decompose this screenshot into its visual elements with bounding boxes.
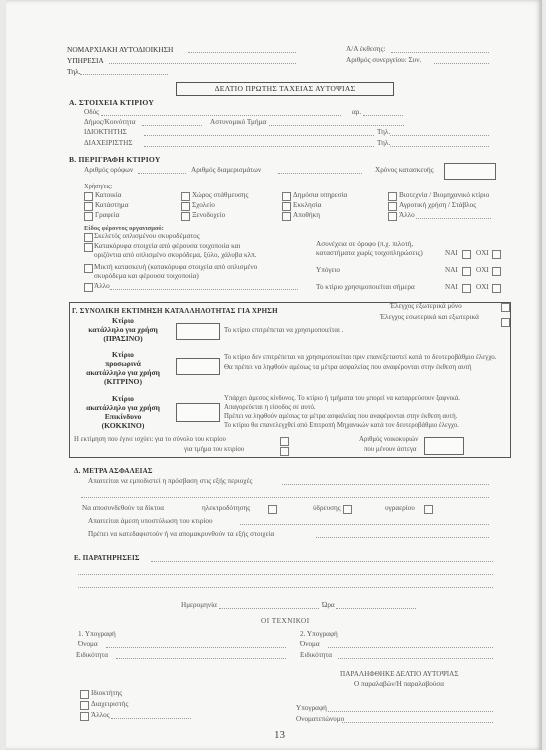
use-church-checkbox[interactable]	[282, 202, 291, 211]
use-shop-checkbox[interactable]	[84, 202, 93, 211]
sig1-label: 1. Υπογραφή	[78, 630, 116, 638]
yellow-label-2: προσωρινά	[78, 359, 168, 368]
power-checkbox[interactable]	[268, 505, 277, 514]
basement-yes-label: ΝΑΙ	[445, 266, 458, 274]
in-use-no-checkbox[interactable]	[492, 284, 501, 293]
team-no-label: Αριθμός συνεργείου: Συν.	[346, 56, 421, 64]
street-field[interactable]	[101, 115, 341, 116]
name1-field[interactable]	[106, 647, 286, 648]
signature-field[interactable]	[328, 711, 493, 712]
use-residence-checkbox[interactable]	[84, 192, 93, 201]
gas-label: υγραερίου	[385, 504, 415, 512]
validity-part-checkbox[interactable]	[280, 447, 289, 456]
red-box[interactable]	[176, 403, 220, 422]
check-exterior-label: Έλεγχος εξωτερικά μόνο	[390, 302, 462, 310]
service-field[interactable]	[109, 63, 296, 64]
use-other-field[interactable]	[416, 218, 491, 219]
phone-field[interactable]	[80, 74, 168, 75]
soft-storey-no-checkbox[interactable]	[492, 250, 501, 259]
power-label: ηλεκτροδότησης	[202, 504, 250, 512]
use-parking-checkbox[interactable]	[181, 192, 190, 201]
recipient-other-checkbox[interactable]	[80, 712, 89, 721]
floors-label: Αριθμός ορόφων	[84, 166, 133, 174]
owner-phone-field[interactable]	[390, 135, 489, 136]
basement-label: Υπόγειο	[316, 266, 340, 274]
soft-storey-label-2: καταστήματα χωρίς τοιχοπληρώσεις)	[316, 249, 423, 257]
street-label: Οδός	[84, 108, 99, 116]
access-field-1[interactable]	[282, 484, 489, 485]
year-label: Χρόνος κατασκευής	[375, 166, 434, 174]
remarks-field-3[interactable]	[78, 587, 493, 588]
structure-other-label: Άλλο	[94, 282, 110, 290]
red-label-4: (ΚΟΚΚΙΝΟ)	[78, 421, 168, 430]
basement-no-label: ΟΧΙ	[476, 266, 489, 274]
report-no-field[interactable]	[391, 52, 489, 53]
homeless-label-1: Αριθμός νοικοκυριών	[359, 436, 418, 443]
police-label: Αστυνομικό Τμήμα	[210, 118, 266, 126]
section-b-title: Β. ΠΕΡΙΓΡΑΦΗ ΚΤΙΡΙΟΥ	[69, 155, 161, 164]
red-label-2: ακατάλληλο για χρήση	[78, 403, 168, 412]
demolish-label: Πρέπει να κατεδαφιστούν ή να απομακρυνθο…	[88, 530, 274, 538]
soft-storey-yes-checkbox[interactable]	[462, 250, 471, 259]
use-agricultural-checkbox[interactable]	[388, 202, 397, 211]
use-warehouse-label: Αποθήκη	[293, 211, 320, 219]
use-offices-checkbox[interactable]	[84, 212, 93, 221]
check-both-label: Έλεγχος εσωτερικά και εξωτερικά	[380, 313, 479, 321]
yellow-label-4: (ΚΙΤΡΙΝΟ)	[78, 377, 168, 386]
year-box[interactable]	[444, 163, 496, 180]
structure-label: Είδος φέροντος οργανισμού:	[84, 225, 164, 232]
use-school-checkbox[interactable]	[181, 202, 190, 211]
structure-other-checkbox[interactable]	[84, 283, 93, 292]
specialty1-field[interactable]	[116, 658, 286, 659]
name1-label: Όνομα	[78, 640, 98, 648]
section-a-title: Α. ΣΤΟΙΧΕΙΑ ΚΤΙΡΙΟΥ	[69, 98, 154, 107]
section-c-title: Γ. ΣΥΝΟΛΙΚΗ ΕΚΤΙΜΗΣΗ ΚΑΤΑΛΛΗΛΟΤΗΤΑΣ ΓΙΑ …	[72, 307, 278, 315]
recipient-owner-label: Ιδιοκτήτης	[91, 689, 122, 697]
water-label: ύδρευσης	[313, 504, 341, 512]
green-label-2: κατάλληλο για χρήση	[78, 325, 168, 334]
owner-field[interactable]	[144, 135, 374, 136]
homeless-box[interactable]	[424, 437, 464, 455]
soft-storey-no-label: ΟΧΙ	[476, 249, 489, 257]
green-label-1: Κτίριο	[78, 316, 168, 325]
in-use-label: Το κτίριο χρησιμοποιείται σήμερα	[316, 283, 415, 291]
use-hotel-label: Ξενοδοχείο	[192, 211, 225, 219]
specialty2-field[interactable]	[338, 658, 493, 659]
use-other-label: Άλλο	[399, 211, 415, 219]
manager-field[interactable]	[144, 146, 374, 147]
apartments-field[interactable]	[278, 173, 362, 174]
form-title: ΔΕΛΤΙΟ ΠΡΩΤΗΣ ΤΑΧΕΙΑΣ ΑΥΤΟΨΙΑΣ	[176, 82, 394, 96]
use-public-service-label: Δημόσια υπηρεσία	[293, 191, 347, 199]
receiver-label: Ο παραλαβών/Η παραλαβούσα	[354, 680, 444, 688]
soft-storey-label-1: Ασυνέχεια σε όροφο (π.χ. πιλοτή,	[316, 240, 413, 248]
use-parking-label: Χώρος στάθμευσης	[192, 191, 248, 199]
fullname-label: Ονοματεπώνυμο	[296, 715, 344, 723]
yellow-text: Το κτίριο δεν επιτρέπεται να χρησιμοποιε…	[224, 353, 506, 372]
use-shop-label: Κατάστημα	[95, 201, 128, 209]
use-warehouse-checkbox[interactable]	[282, 212, 291, 221]
structure-rc-checkbox[interactable]	[84, 233, 93, 242]
red-text-4: Το κτίριο θα επανελεγχθεί από Επιτροπή Μ…	[224, 422, 459, 429]
report-no-label: Α/Α έκθεσης:	[346, 45, 385, 53]
section-e-title: Ε. ΠΑΡΑΤΗΡΗΣΕΙΣ	[74, 554, 140, 562]
number-label: αρ.	[352, 108, 361, 116]
use-offices-label: Γραφεία	[95, 211, 119, 219]
name2-field[interactable]	[328, 647, 493, 648]
structure-mixed-checkbox[interactable]	[84, 264, 93, 273]
use-industrial-checkbox[interactable]	[388, 192, 397, 201]
basement-yes-checkbox[interactable]	[462, 267, 471, 276]
basement-no-checkbox[interactable]	[492, 267, 501, 276]
soft-storey-yes-label: ΝΑΙ	[445, 249, 458, 257]
specialty1-label: Ειδικότητα	[76, 651, 108, 659]
municipality-label: Δήμος/Κοινότητα	[84, 118, 136, 126]
use-hotel-checkbox[interactable]	[181, 212, 190, 221]
date-field[interactable]	[219, 608, 319, 609]
access-label: Απαιτείται να εμποδιστεί η πρόσβαση στις…	[88, 477, 252, 485]
yellow-label-1: Κτίριο	[78, 350, 168, 359]
owner-phone-label: Τηλ.	[377, 128, 390, 136]
technicians-title: ΟΙ ΤΕΧΝΙΚΟΙ	[261, 617, 310, 625]
use-other-checkbox[interactable]	[388, 212, 397, 221]
page-number: 13	[274, 729, 285, 741]
recipient-other-field[interactable]	[111, 718, 191, 719]
manager-phone-label: Τηλ.	[377, 139, 390, 147]
structure-mixed-label-1: Μικτή κατασκευή (κατακόρυφα στοιχεία από…	[94, 263, 257, 271]
validity-whole-checkbox[interactable]	[280, 437, 289, 446]
use-school-label: Σχολείο	[192, 201, 215, 209]
remarks-field-1[interactable]	[151, 561, 493, 562]
gas-checkbox[interactable]	[424, 505, 433, 514]
use-public-service-checkbox[interactable]	[282, 192, 291, 201]
validity-label-2: για τμήμα του κτιρίου	[184, 446, 244, 453]
use-label: Χρήση/εις:	[84, 183, 112, 190]
shoring-label: Απαιτείται άμεση υποστύλωση του κτιρίου	[88, 517, 213, 525]
sig2-label: 2. Υπογραφή	[300, 630, 338, 638]
phone-label: Τηλ.	[67, 67, 81, 76]
structure-rc-label: Σκελετός οπλισμένου σκυροδέματος	[94, 232, 200, 240]
section-d-title: Δ. ΜΕΤΡΑ ΑΣΦΑΛΕΙΑΣ	[74, 467, 153, 475]
access-field-2[interactable]	[81, 497, 489, 498]
municipality-field[interactable]	[142, 125, 202, 126]
team-no-field[interactable]	[434, 63, 489, 64]
number-field[interactable]	[363, 115, 403, 116]
check-exterior-checkbox[interactable]	[501, 303, 510, 312]
manager-phone-field[interactable]	[390, 146, 489, 147]
signature-label: Υπογραφή	[296, 704, 327, 712]
recipient-manager-checkbox[interactable]	[80, 701, 89, 710]
use-industrial-label: Βιοτεχνία / Βιομηχανικό κτίριο	[399, 191, 489, 199]
recipient-owner-checkbox[interactable]	[80, 690, 89, 699]
police-field[interactable]	[269, 125, 404, 126]
manager-label: ΔΙΑΧΕΙΡΙΣΤΗΣ	[84, 139, 133, 147]
owner-label: ΙΔΙΟΚΤΗΤΗΣ	[84, 128, 127, 136]
use-residence-label: Κατοικία	[95, 191, 121, 199]
disconnect-label: Να αποσυνδεθούν τα δίκτυα	[82, 504, 164, 512]
red-label-3: Επικίνδυνο	[78, 412, 168, 421]
structure-other-field[interactable]	[110, 289, 298, 290]
yellow-box[interactable]	[176, 358, 220, 375]
remarks-field-2[interactable]	[78, 574, 493, 575]
red-label-1: Κτίριο	[78, 394, 168, 403]
yellow-label: Κτίριο προσωρινά ακατάλληλο για χρήση (Κ…	[78, 350, 168, 386]
red-text-1: Υπάρχει άμεσος κίνδυνος. Το κτίριο ή τμή…	[224, 395, 460, 402]
fullname-field[interactable]	[342, 722, 493, 723]
green-box[interactable]	[176, 323, 220, 340]
red-text-2: Απαγορεύεται η είσοδος σε αυτό.	[224, 404, 316, 411]
use-church-label: Εκκλησία	[293, 201, 321, 209]
recipient-manager-label: Διαχειριστής	[91, 700, 128, 708]
red-text-3: Πρέπει να ληφθούν αμέσως τα μέτρα ασφαλε…	[224, 413, 457, 420]
received-title: ΠΑΡΑΛΗΦΘΗΚΕ ΔΕΛΤΙΟ ΑΥΤΟΨΙΑΣ	[340, 670, 459, 678]
validity-label-1: Η εκτίμηση που έγινε ισχύει: για το σύνο…	[74, 436, 226, 443]
in-use-yes-label: ΝΑΙ	[445, 283, 458, 291]
recipient-other-label: Άλλος	[91, 711, 110, 719]
green-text: Το κτίριο επιτρέπεται να χρησιμοποιείται…	[224, 326, 504, 336]
authority-label: ΝΟΜΑΡΧΙΑΚΗ ΑΥΤΟΔΙΟΙΚΗΣΗ	[67, 45, 173, 54]
floors-field[interactable]	[138, 173, 186, 174]
date-label: Ημερομηνία	[181, 601, 217, 609]
red-label: Κτίριο ακατάλληλο για χρήση Επικίνδυνο (…	[78, 394, 168, 430]
time-field[interactable]	[336, 608, 416, 609]
water-checkbox[interactable]	[343, 505, 352, 514]
service-label: ΥΠΗΡΕΣΙΑ	[67, 56, 104, 65]
structure-masonry-label-1: Κατακόρυφα στοιχεία από φέρουσα τοιχοποι…	[94, 242, 240, 250]
structure-masonry-label-2: οριζόντια από οπλισμένο σκυρόδεμα, ξύλο,…	[94, 251, 257, 259]
authority-field[interactable]	[188, 52, 296, 53]
structure-masonry-checkbox[interactable]	[84, 243, 93, 252]
form-page: ΝΟΜΑΡΧΙΑΚΗ ΑΥΤΟΔΙΟΙΚΗΣΗ ΥΠΗΡΕΣΙΑ Τηλ. Α/…	[6, 0, 542, 750]
green-label: Κτίριο κατάλληλο για χρήση (ΠΡΑΣΙΝΟ)	[78, 316, 168, 343]
apartments-label: Αριθμός διαμερισμάτων	[191, 166, 261, 174]
name2-label: Όνομα	[300, 640, 320, 648]
yellow-label-3: ακατάλληλο για χρήση	[78, 368, 168, 377]
specialty2-label: Ειδικότητα	[300, 651, 332, 659]
in-use-yes-checkbox[interactable]	[462, 284, 471, 293]
in-use-no-label: ΟΧΙ	[476, 283, 489, 291]
demolish-field[interactable]	[316, 537, 489, 538]
time-label: Ώρα	[322, 601, 335, 609]
green-label-3: (ΠΡΑΣΙΝΟ)	[78, 334, 168, 343]
homeless-label-2: που μένουν άστεγα	[364, 446, 416, 453]
shoring-field[interactable]	[240, 524, 489, 525]
use-agricultural-label: Αγροτική χρήση / Στάβλος	[399, 201, 476, 209]
structure-mixed-label-2: σκυρόδεμα και φέρουσα τοιχοποιία)	[94, 272, 199, 280]
